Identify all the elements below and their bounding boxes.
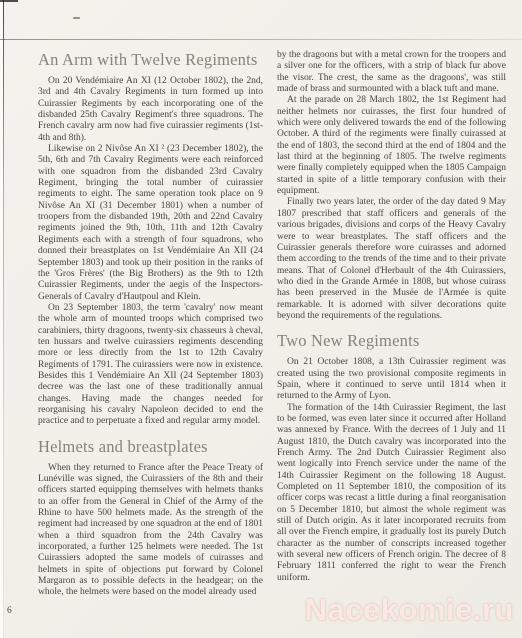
paragraph-parade-1802: At the parade on 28 March 1802, the 1st …	[277, 95, 506, 197]
page-number: 6	[7, 606, 12, 616]
heading-helmets-and-breastplates: Helmets and breastplates	[38, 437, 263, 456]
top-edge-mark	[0, 0, 18, 2]
paragraph-regiments-2: Likewise on 2 Nivôse An XI ² (23 Decembe…	[38, 144, 263, 303]
print-speck	[73, 17, 80, 19]
right-text-column: by the dragoons but with a metal crown f…	[277, 50, 506, 584]
left-text-column: An Arm with Twelve Regiments On 20 Vendé…	[38, 50, 263, 599]
heading-an-arm-with-twelve-regiments: An Arm with Twelve Regiments	[38, 50, 263, 69]
watermark-text: Nacekomie.ru	[305, 592, 514, 628]
paragraph-regiments-3: On 23 September 1803, the term 'cavalry'…	[38, 303, 263, 428]
page-top-crease	[0, 39, 522, 40]
heading-two-new-regiments: Two New Regiments	[277, 331, 506, 350]
spine-shadow-line	[3, 0, 4, 638]
paragraph-14th-regiment: The formation of the 14th Cuirassier Reg…	[277, 403, 506, 585]
paragraph-helmets-1: When they returned to France after the P…	[38, 463, 263, 599]
paragraph-regiments-1: On 20 Vendémiaire An XI (12 October 1802…	[38, 76, 263, 144]
paragraph-helmets-continuation: by the dragoons but with a metal crown f…	[277, 50, 506, 95]
paragraph-order-1807: Finally two years later, the order of th…	[277, 197, 506, 322]
paragraph-13th-regiment: On 21 October 1808, a 13th Cuirassier re…	[277, 357, 506, 402]
book-page: An Arm with Twelve Regiments On 20 Vendé…	[0, 0, 522, 638]
